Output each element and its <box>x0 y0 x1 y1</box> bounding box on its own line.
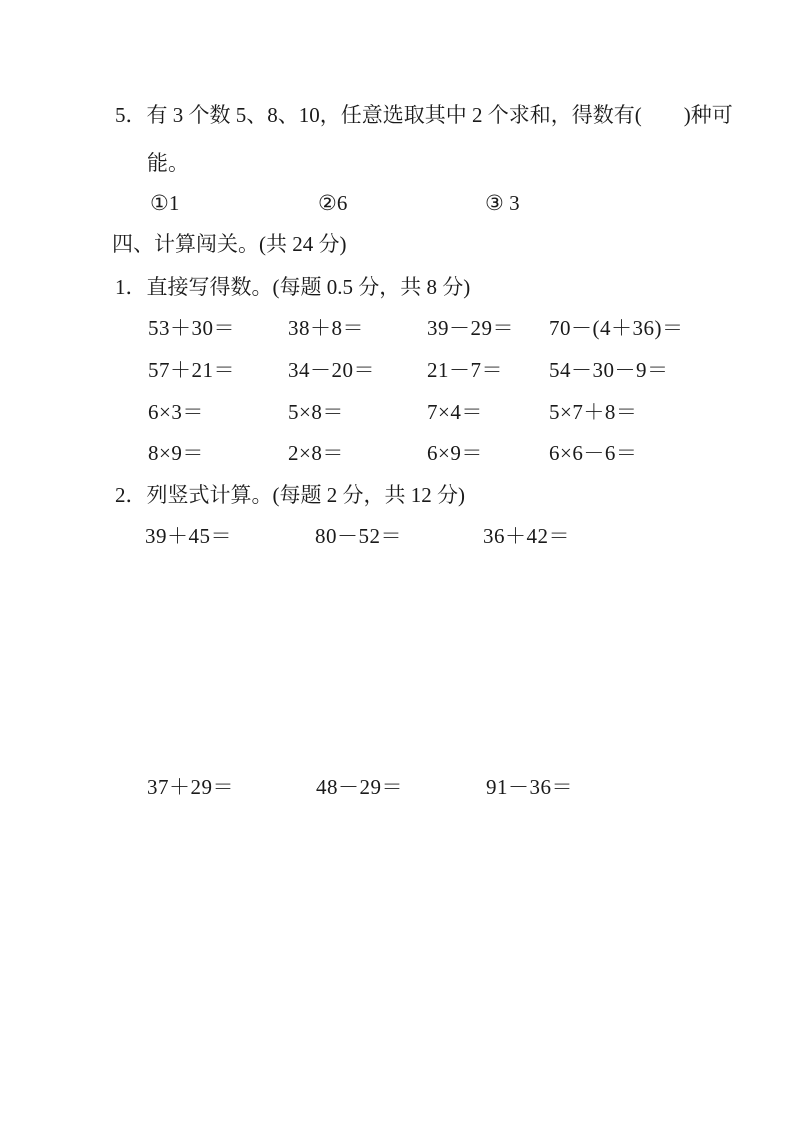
section-4-q1-heading: 1．直接写得数。(每题 0.5 分，共 8 分) <box>115 274 470 300</box>
q1-expression: 53＋30＝ <box>148 315 235 341</box>
q1-expression: 39－29＝ <box>427 315 514 341</box>
q2-expression: 80－52＝ <box>315 523 402 549</box>
q2-expression: 36＋42＝ <box>483 523 570 549</box>
q1-expression: 70－(4＋36)＝ <box>549 315 684 341</box>
question-5-option-3: ③ 3 <box>485 190 520 216</box>
q1-expression: 5×8＝ <box>288 399 344 425</box>
q1-expression: 34－20＝ <box>288 357 375 383</box>
q1-expression: 5×7＋8＝ <box>549 399 637 425</box>
q2-expression: 91－36＝ <box>486 774 573 800</box>
q2-expression: 39＋45＝ <box>145 523 232 549</box>
question-5-line1: 5．有 3 个数 5、8、10，任意选取其中 2 个求和，得数有( )种可 <box>115 102 733 128</box>
q1-expression: 38＋8＝ <box>288 315 364 341</box>
q1-expression: 2×8＝ <box>288 440 344 466</box>
q1-expression: 21－7＝ <box>427 357 503 383</box>
q2-expression: 48－29＝ <box>316 774 403 800</box>
q1-expression: 57＋21＝ <box>148 357 235 383</box>
q1-expression: 54－30－9＝ <box>549 357 669 383</box>
worksheet-page: 5．有 3 个数 5、8、10，任意选取其中 2 个求和，得数有( )种可 能。… <box>0 0 793 1122</box>
q1-expression: 6×6－6＝ <box>549 440 637 466</box>
q2-expression: 37＋29＝ <box>147 774 234 800</box>
section-4-heading: 四、计算闯关。(共 24 分) <box>112 231 347 257</box>
question-5-line2: 能。 <box>147 150 189 176</box>
section-4-q2-heading: 2．列竖式计算。(每题 2 分，共 12 分) <box>115 482 465 508</box>
question-5-option-1: ①1 <box>150 190 179 216</box>
q1-expression: 8×9＝ <box>148 440 204 466</box>
question-5-option-2: ②6 <box>318 190 347 216</box>
q1-expression: 6×3＝ <box>148 399 204 425</box>
q1-expression: 7×4＝ <box>427 399 483 425</box>
q1-expression: 6×9＝ <box>427 440 483 466</box>
